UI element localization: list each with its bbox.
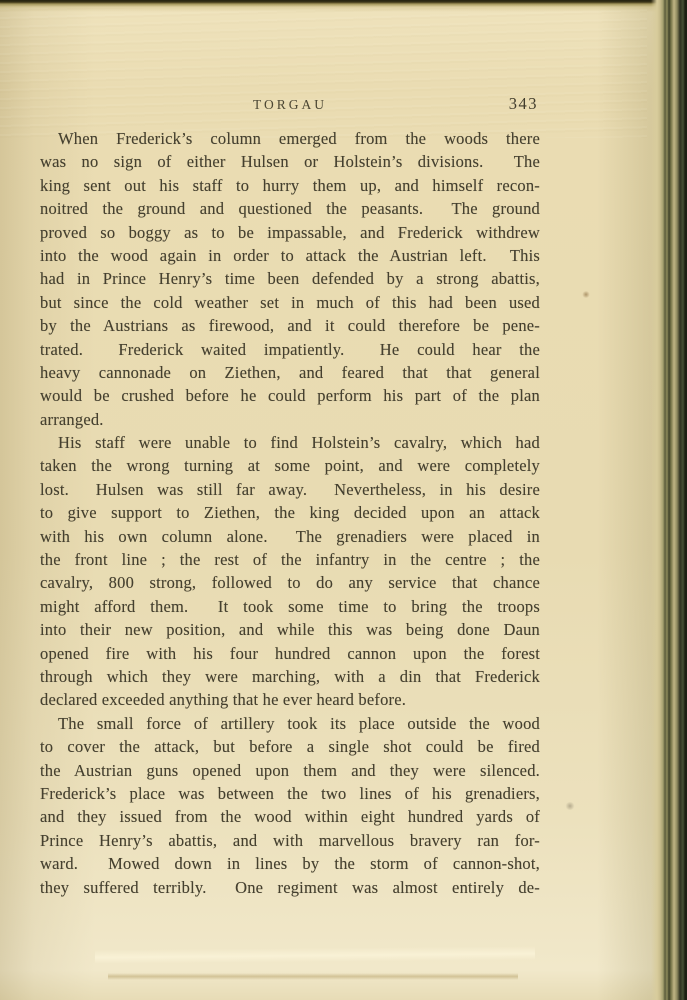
text-line: with his own column alone. The grenadier… — [40, 525, 540, 548]
paragraph: The small force of artillery took its pl… — [40, 712, 540, 899]
page-body: When Frederick’s column emerged from the… — [40, 127, 540, 899]
text-line: Frederick’s place was between the two li… — [40, 782, 540, 805]
text-line: heavy cannonade on Ziethen, and feared t… — [40, 361, 540, 384]
text-line: The small force of artillery took its pl… — [40, 712, 540, 735]
text-line: arranged. — [40, 408, 540, 431]
text-line: to cover the attack, but before a single… — [40, 735, 540, 758]
text-line: might afford them. It took some time to … — [40, 595, 540, 618]
text-line: trated. Frederick waited impatiently. He… — [40, 338, 540, 361]
text-line: the front line ; the rest of the infantr… — [40, 548, 540, 571]
text-line: lost. Hulsen was still far away. Neverth… — [40, 478, 540, 501]
paper-stain-spot — [565, 802, 575, 810]
text-line: ward. Mowed down in lines by the storm o… — [40, 852, 540, 875]
text-line: but since the cold weather set in much o… — [40, 291, 540, 314]
text-line: by the Austrians as firewood, and it cou… — [40, 314, 540, 337]
paragraph: His staff were unable to find Holstein’s… — [40, 431, 540, 712]
text-line: to give support to Ziethen, the king dec… — [40, 501, 540, 524]
book-top-edge — [0, 0, 687, 12]
text-line: taken the wrong turning at some point, a… — [40, 454, 540, 477]
text-line: When Frederick’s column emerged from the… — [40, 127, 540, 150]
page-curl-highlight — [95, 946, 535, 964]
page-curl-shadow — [108, 973, 518, 980]
text-line: Prince Henry’s abattis, and with marvell… — [40, 829, 540, 852]
book-page-stack-edge — [651, 0, 687, 1000]
text-line: king sent out his staff to hurry them up… — [40, 174, 540, 197]
text-line: they suffered terribly. One regiment was… — [40, 876, 540, 899]
text-line: into their new position, and while this … — [40, 618, 540, 641]
text-line: would be crushed before he could perform… — [40, 384, 540, 407]
text-line: noitred the ground and questioned the pe… — [40, 197, 540, 220]
text-line: and they issued from the wood within eig… — [40, 805, 540, 828]
page-number: 343 — [509, 94, 538, 114]
text-line: into the wood again in order to attack t… — [40, 244, 540, 267]
paragraph: When Frederick’s column emerged from the… — [40, 127, 540, 431]
text-line: cavalry, 800 strong, followed to do any … — [40, 571, 540, 594]
paper-stain-spot — [582, 291, 590, 298]
page-header: TORGAU 343 — [40, 97, 540, 114]
text-line: His staff were unable to find Holstein’s… — [40, 431, 540, 454]
text-line: was no sign of either Hulsen or Holstein… — [40, 150, 540, 173]
text-block: TORGAU 343 When Frederick’s column emerg… — [40, 97, 540, 899]
text-line: proved so boggy as to be impassable, and… — [40, 221, 540, 244]
text-line: through which they were marching, with a… — [40, 665, 540, 688]
text-line: the Austrian guns opened upon them and t… — [40, 759, 540, 782]
text-line: opened fire with his four hundred cannon… — [40, 642, 540, 665]
book-page-scan: TORGAU 343 When Frederick’s column emerg… — [0, 0, 687, 1000]
text-line: had in Prince Henry’s time been defended… — [40, 267, 540, 290]
text-line: declared exceeded anything that he ever … — [40, 688, 540, 711]
running-head-title: TORGAU — [40, 97, 540, 113]
